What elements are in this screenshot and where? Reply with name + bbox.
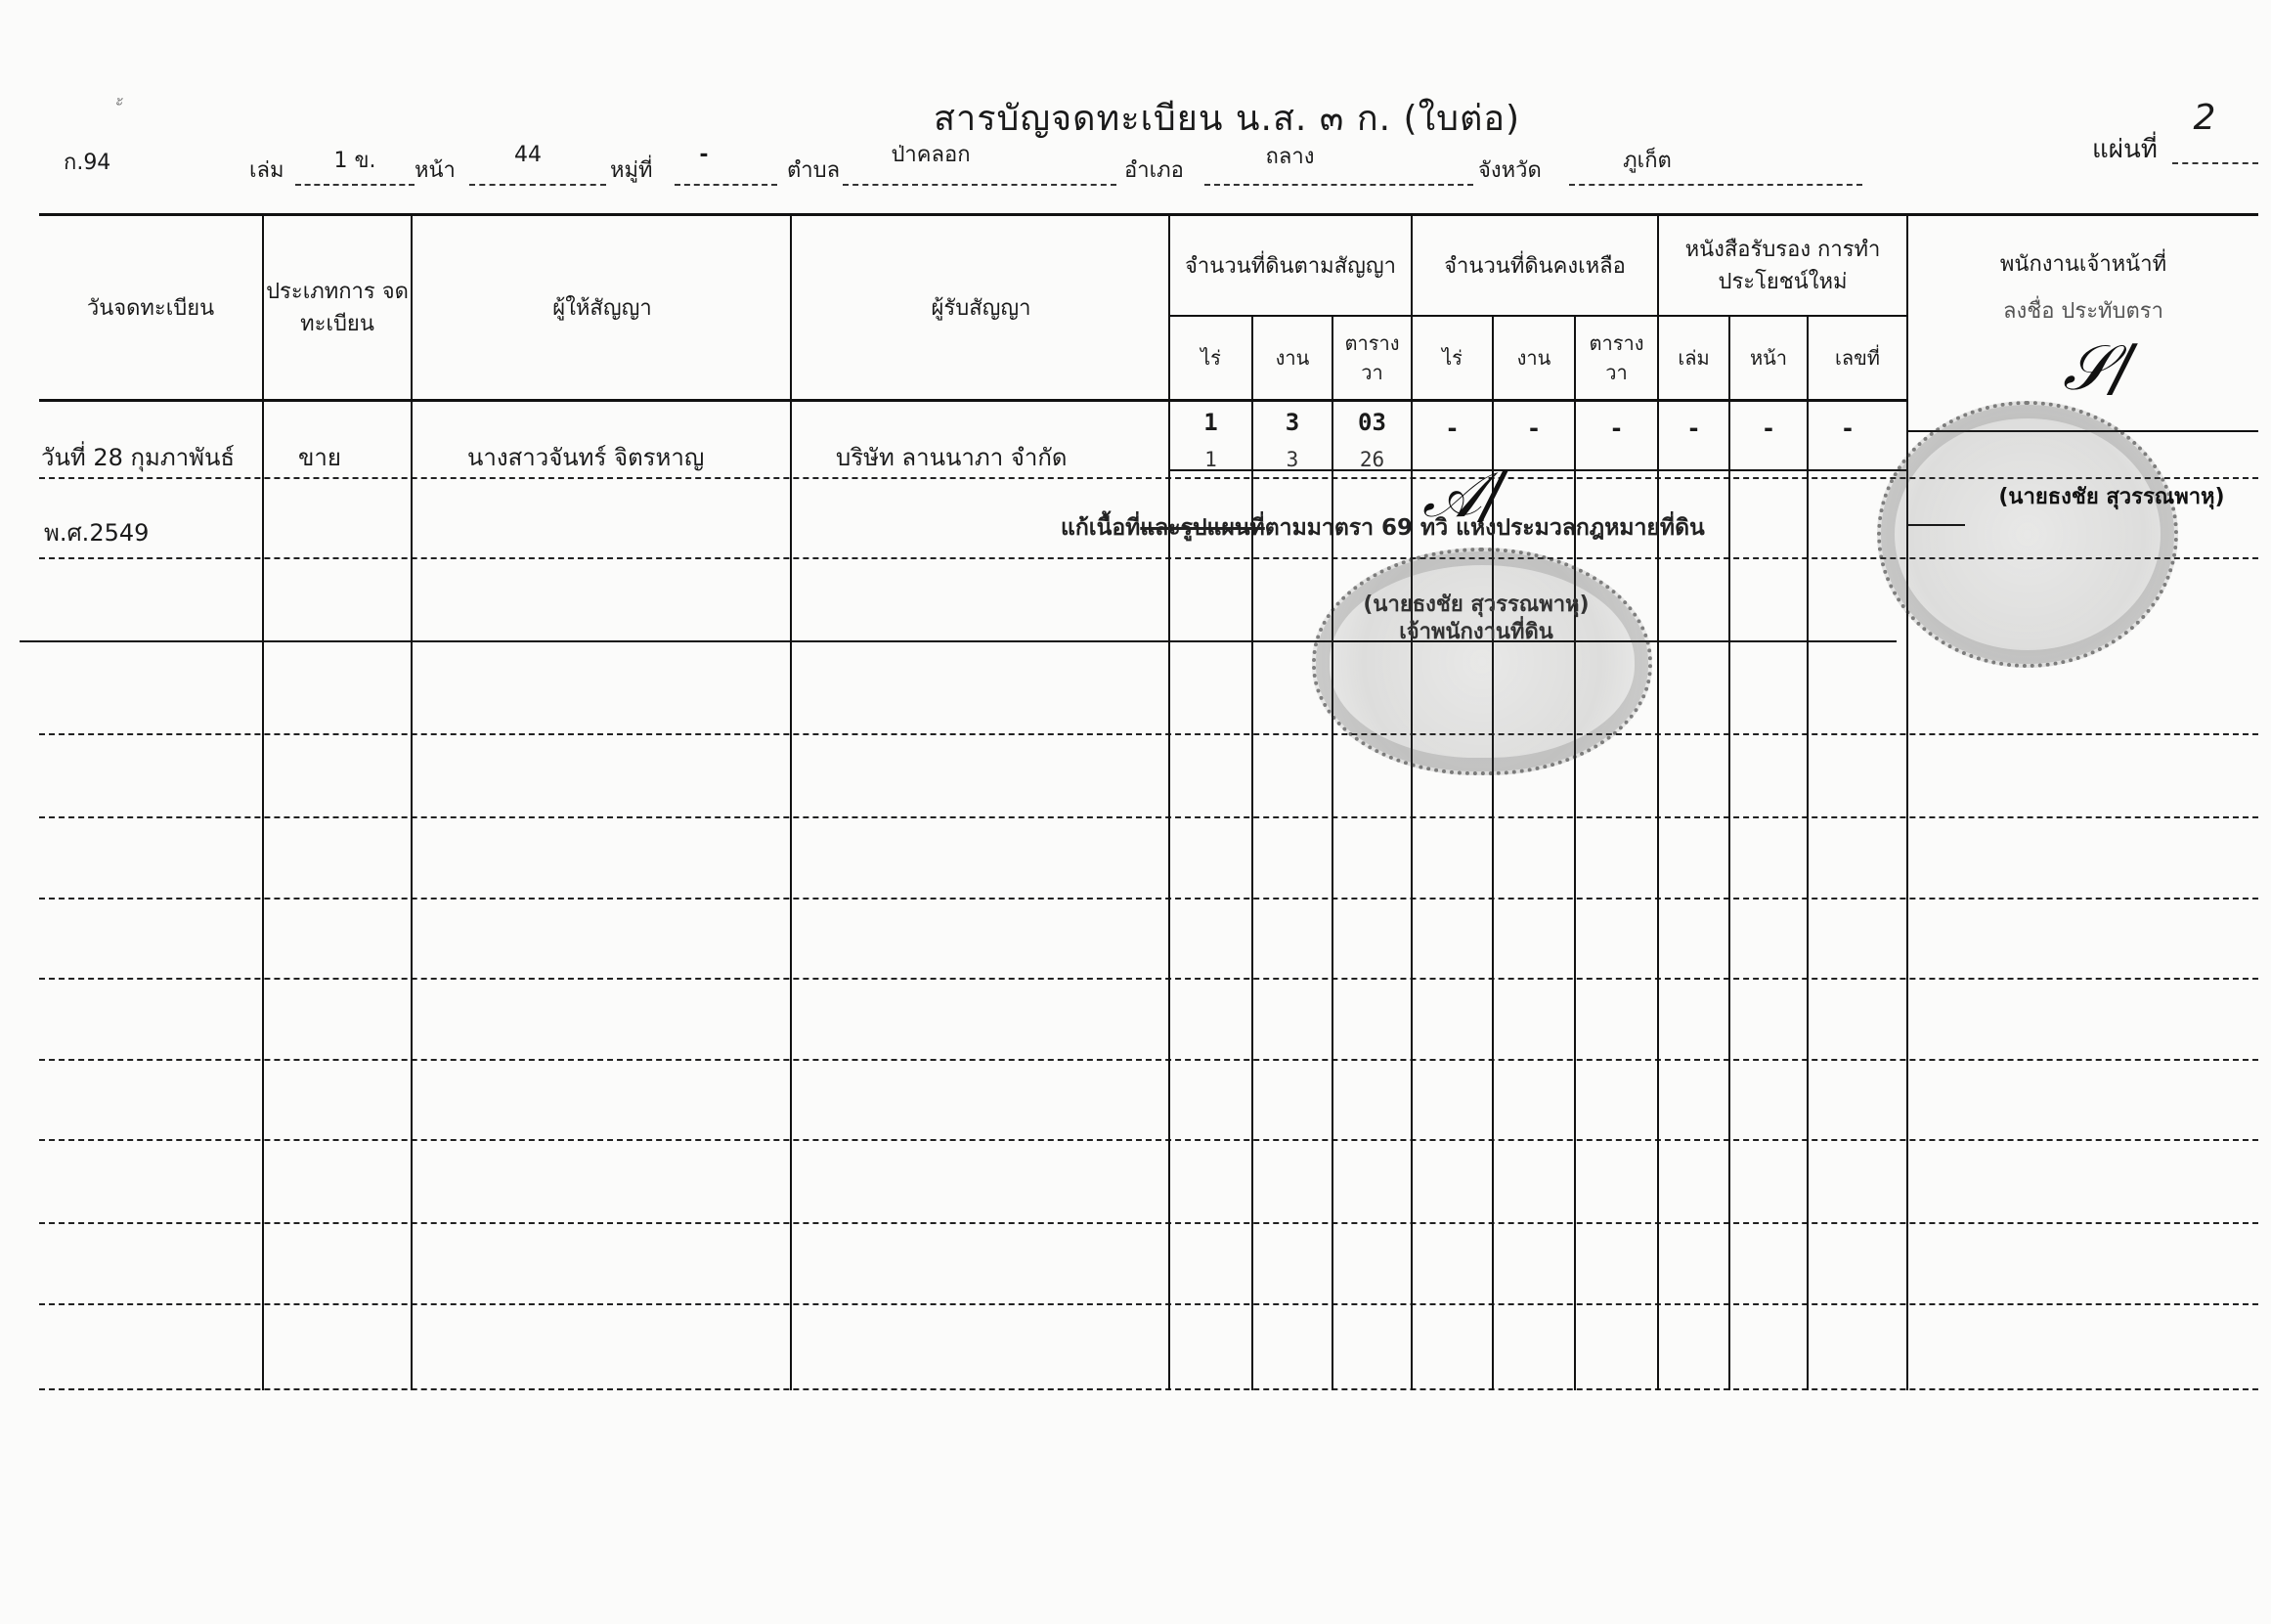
district-line xyxy=(1204,184,1473,186)
row-area-ngan: 3 xyxy=(1253,409,1332,436)
column-line xyxy=(1574,315,1576,1390)
book-line xyxy=(295,184,415,186)
row-type: ขาย xyxy=(298,438,341,476)
page-value: 44 xyxy=(469,143,587,167)
subdistrict-label: ตำบล xyxy=(787,153,840,187)
subdistrict-line xyxy=(843,184,1116,186)
header-type: ประเภทการ จดทะเบียน xyxy=(266,217,409,399)
column-line xyxy=(262,213,264,1390)
officer-seal-stamp xyxy=(1877,401,2178,668)
row-area-sqwa-corrected: 26 xyxy=(1333,448,1411,471)
row-grantee: บริษัท ลานนาภา จำกัด xyxy=(836,438,1067,476)
sheet-label: แผ่นที่ xyxy=(2092,129,2158,169)
row-grantor: นางสาวจันทร์ จิตรหาญ xyxy=(467,438,704,476)
header-date: วันจดทะเบียน xyxy=(39,217,262,399)
district-label: อำเภอ xyxy=(1124,153,1184,187)
header-grantee: ผู้รับสัญญา xyxy=(794,217,1168,399)
official-seal-stamp xyxy=(1312,548,1652,775)
row-divider xyxy=(39,1139,2258,1141)
column-line xyxy=(1251,315,1253,1390)
row-area-sqwa: 03 xyxy=(1333,409,1411,436)
header-ngan: งาน xyxy=(1253,317,1332,399)
row-remaining-ngan: - xyxy=(1494,415,1574,442)
header-officer-sub: ลงชื่อ ประทับตรา xyxy=(1908,291,2258,330)
header-certificate: หนังสือรับรอง การทำประโยชน์ใหม่ xyxy=(1659,217,1906,315)
province-value: ภูเก็ต xyxy=(1569,143,1725,177)
header-officer: พนักงานเจ้าหน้าที่ xyxy=(1908,244,2258,284)
book-value: 1 ข. xyxy=(295,143,415,177)
province-label: จังหวัด xyxy=(1478,153,1542,187)
row-divider xyxy=(39,816,2258,818)
village-line xyxy=(675,184,777,186)
header-bottom-border xyxy=(39,399,1906,402)
header-sqwa-remaining: ตาราง วา xyxy=(1576,317,1657,399)
column-line xyxy=(411,213,413,1390)
header-sqwa: ตาราง วา xyxy=(1333,317,1411,399)
table-top-border xyxy=(39,213,2258,216)
row-area-ngan-corrected: 3 xyxy=(1253,448,1332,471)
column-line xyxy=(1332,315,1333,1390)
header-rai-remaining: ไร่ xyxy=(1413,317,1492,399)
row-remaining-rai: - xyxy=(1413,415,1492,442)
header-grantor: ผู้ให้สัญญา xyxy=(415,217,790,399)
row-area-rai-corrected: 1 xyxy=(1170,448,1251,471)
village-label: หมู่ที่ xyxy=(610,153,653,187)
header-ngan-remaining: งาน xyxy=(1494,317,1574,399)
form-code: ก.94 xyxy=(64,145,110,179)
correction-note-prefix: แก้เนื้อที่ xyxy=(1061,515,1140,541)
row-divider xyxy=(39,978,2258,980)
correction-signer-title: เจ้าพนักงานที่ดิน xyxy=(1330,614,1623,648)
row-divider xyxy=(39,1388,2258,1390)
officer-signature-mark: 𝒮/ xyxy=(2063,332,2132,405)
sheet-line xyxy=(2172,162,2258,164)
signature-mark: 𝒜/ xyxy=(1422,460,1503,532)
header-cert-page: หน้า xyxy=(1730,317,1807,399)
book-label: เล่ม xyxy=(249,153,284,187)
subdistrict-value: ป่าคลอก xyxy=(843,137,1019,171)
row-divider xyxy=(39,898,2258,900)
row-cert-number: - xyxy=(1809,415,1887,442)
correction-note-struck: และรูปแผนที่ xyxy=(1140,515,1264,541)
header-area-contract: จำนวนที่ดินตามสัญญา xyxy=(1170,217,1411,315)
row-divider xyxy=(39,1222,2258,1224)
row-area-rai: 1 xyxy=(1170,409,1251,436)
officer-name: (นายธงชัย สุวรรณพาหุ) xyxy=(1965,479,2258,513)
header-cert-number: เลขที่ xyxy=(1809,317,1906,399)
page-label: หน้า xyxy=(415,153,456,187)
column-line xyxy=(1728,315,1730,1390)
document-title: สารบัญจดทะเบียน น.ส. ๓ ก. (ใบต่อ) xyxy=(934,90,1520,146)
province-line xyxy=(1569,184,1862,186)
row-divider xyxy=(39,733,2258,735)
row-divider xyxy=(39,1059,2258,1061)
district-value: ถลาง xyxy=(1204,139,1376,173)
header-cert-book: เล่ม xyxy=(1659,317,1728,399)
row-divider xyxy=(39,1303,2258,1305)
header-area-remaining: จำนวนที่ดินคงเหลือ xyxy=(1413,217,1657,315)
village-value: - xyxy=(675,143,733,167)
column-line xyxy=(1906,213,1908,1390)
correction-note: แก้เนื้อที่และรูปแผนที่ตามมาตรา 69 ทวิ แ… xyxy=(1061,510,1705,546)
row-cert-page: - xyxy=(1730,415,1807,442)
page-line xyxy=(469,184,606,186)
column-line xyxy=(1807,315,1809,1390)
row-date-line2: พ.ศ.2549 xyxy=(44,513,149,551)
header-rai: ไร่ xyxy=(1170,317,1251,399)
sheet-number: 2 xyxy=(2175,98,2234,138)
column-line xyxy=(790,213,792,1390)
row-date-line1: วันที่ 28 กุมภาพันธ์ xyxy=(41,438,235,476)
row-remaining-sqwa: - xyxy=(1576,415,1657,442)
row-cert-book: - xyxy=(1659,415,1728,442)
